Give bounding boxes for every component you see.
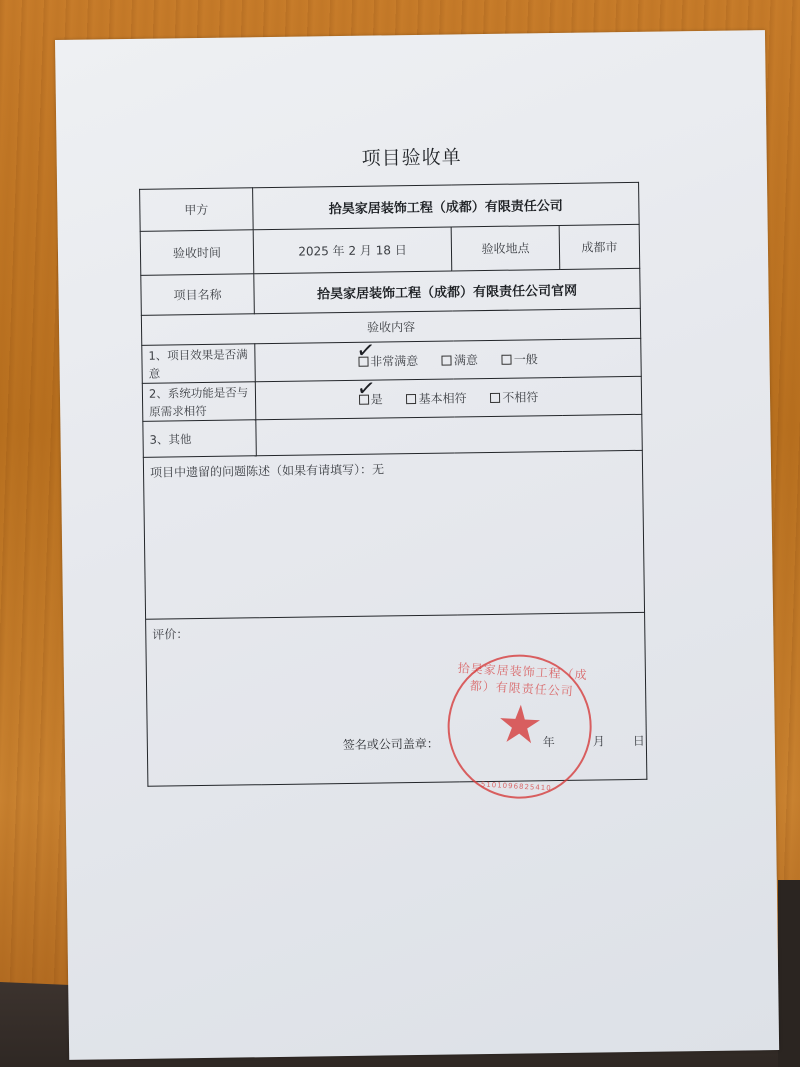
checkbox-icon: [490, 393, 500, 403]
checkbox-icon: [406, 394, 416, 404]
question-2-options: ✓ 是 基本相符 不相符: [255, 376, 641, 419]
checkbox-icon: [442, 355, 452, 365]
row-party-a: 甲方 拾昊家居装饰工程（成都）有限责任公司: [140, 182, 640, 231]
acceptance-form-paper: 项目验收单 甲方 拾昊家居装饰工程（成都）有限责任公司 验收时间 2025 年 …: [55, 30, 779, 1060]
checkbox-icon: [502, 355, 512, 365]
issues-cell: 项目中遗留的问题陈述（如果有请填写）：无: [143, 450, 644, 619]
evaluation-cell: 评价： 拾昊家居装饰工程（成都）有限责任公司 ★ 5101096825410 签…: [146, 612, 647, 786]
party-a-label: 甲方: [140, 188, 254, 232]
issues-value: 无: [372, 462, 384, 476]
question-3-value[interactable]: [256, 414, 642, 455]
star-icon: ★: [495, 694, 545, 757]
question-1-label: 1、项目效果是否满意: [142, 344, 256, 384]
document-title: 项目验收单: [57, 138, 767, 175]
signature-label: 签名或公司盖章：: [343, 735, 439, 753]
option-basically-matches[interactable]: 基本相符: [406, 389, 466, 407]
row-issues: 项目中遗留的问题陈述（如果有请填写）：无: [143, 450, 644, 619]
acceptance-form-table: 甲方 拾昊家居装饰工程（成都）有限责任公司 验收时间 2025 年 2 月 18…: [139, 182, 647, 787]
party-a-value: 拾昊家居装饰工程（成都）有限责任公司: [253, 182, 640, 229]
issues-label: 项目中遗留的问题陈述（如果有请填写）：: [150, 463, 372, 480]
acceptance-place-value: 成都市: [559, 224, 640, 269]
row-time-place: 验收时间 2025 年 2 月 18 日 验收地点 成都市: [140, 224, 640, 275]
seal-code: 5101096825410: [446, 779, 586, 795]
check-mark-icon: ✓: [355, 338, 376, 365]
option-average[interactable]: 一般: [502, 350, 538, 368]
month-label: 月: [593, 732, 605, 749]
project-name-value: 拾昊家居装饰工程（成都）有限责任公司官网: [254, 268, 641, 313]
option-very-satisfied[interactable]: ✓ 非常满意: [358, 352, 418, 370]
option-does-not-match[interactable]: 不相符: [490, 388, 538, 406]
option-yes[interactable]: ✓ 是: [359, 390, 383, 407]
check-mark-icon: ✓: [355, 376, 376, 403]
company-seal: 拾昊家居装饰工程（成都）有限责任公司 ★ 5101096825410: [444, 651, 596, 803]
acceptance-time-label: 验收时间: [140, 230, 254, 276]
seal-text: 拾昊家居装饰工程（成都）有限责任公司: [451, 659, 593, 701]
question-2-label: 2、系统功能是否与原需求相符: [142, 382, 256, 422]
acceptance-time-value: 2025 年 2 月 18 日: [253, 227, 452, 274]
option-satisfied[interactable]: 满意: [442, 351, 478, 369]
evaluation-label: 评价：: [152, 627, 188, 642]
acceptance-place-label: 验收地点: [451, 225, 560, 271]
table-edge-shadow: [778, 880, 800, 1067]
question-1-options: ✓ 非常满意 满意 一般: [255, 338, 641, 381]
row-evaluation: 评价： 拾昊家居装饰工程（成都）有限责任公司 ★ 5101096825410 签…: [146, 612, 647, 786]
row-project-name: 项目名称 拾昊家居装饰工程（成都）有限责任公司官网: [141, 268, 641, 315]
question-3-label: 3、其他: [143, 420, 256, 458]
year-label: 年: [543, 733, 555, 750]
project-name-label: 项目名称: [141, 274, 255, 316]
day-label: 日: [633, 732, 645, 749]
